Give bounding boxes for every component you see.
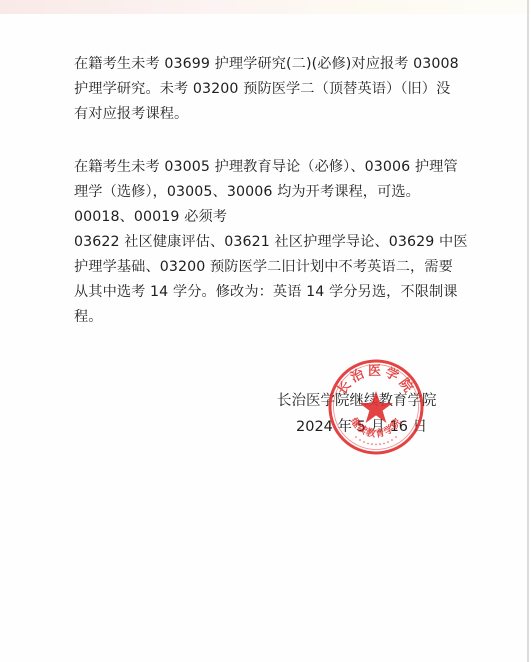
text-line: 有对应报考课程。 bbox=[74, 102, 474, 127]
text-line: 03622 社区健康评估、03621 社区护理学导论、03629 中医 bbox=[74, 230, 474, 255]
text-line: 程。 bbox=[74, 305, 474, 330]
text-line: 护理学基础、03200 预防医学二旧计划中不考英语二，需要 bbox=[74, 255, 474, 280]
paragraph-gap bbox=[74, 127, 474, 155]
document-body: 在籍考生未考 03699 护理学研究(二)(必修)对应报考 03008 护理学研… bbox=[74, 52, 474, 330]
text-line: 在籍考生未考 03005 护理教育导论（必修）、03006 护理管 bbox=[74, 155, 474, 180]
text-line: 在籍考生未考 03699 护理学研究(二)(必修)对应报考 03008 bbox=[74, 52, 474, 77]
text-line: 护理学研究。未考 03200 预防医学二（顶替英语）（旧）没 bbox=[74, 77, 474, 102]
paragraph-2: 在籍考生未考 03005 护理教育导论（必修）、03006 护理管 理学（选修）… bbox=[74, 155, 474, 330]
signature-block: 长治医学院继续教育学院 2024 年 5 月 16 日 bbox=[277, 388, 437, 440]
text-line: 理学（选修），03005、30006 均为开考课程，可选。 bbox=[74, 180, 474, 205]
scan-edge-tint bbox=[0, 0, 531, 14]
page-edge bbox=[527, 0, 529, 662]
text-line: 00018、00019 必须考 bbox=[74, 205, 474, 230]
paragraph-1: 在籍考生未考 03699 护理学研究(二)(必修)对应报考 03008 护理学研… bbox=[74, 52, 474, 127]
signing-date: 2024 年 5 月 16 日 bbox=[277, 414, 437, 440]
signing-organization: 长治医学院继续教育学院 bbox=[277, 388, 437, 414]
text-line: 从其中选考 14 学分。修改为：英语 14 学分另选，不限制课 bbox=[74, 280, 474, 305]
